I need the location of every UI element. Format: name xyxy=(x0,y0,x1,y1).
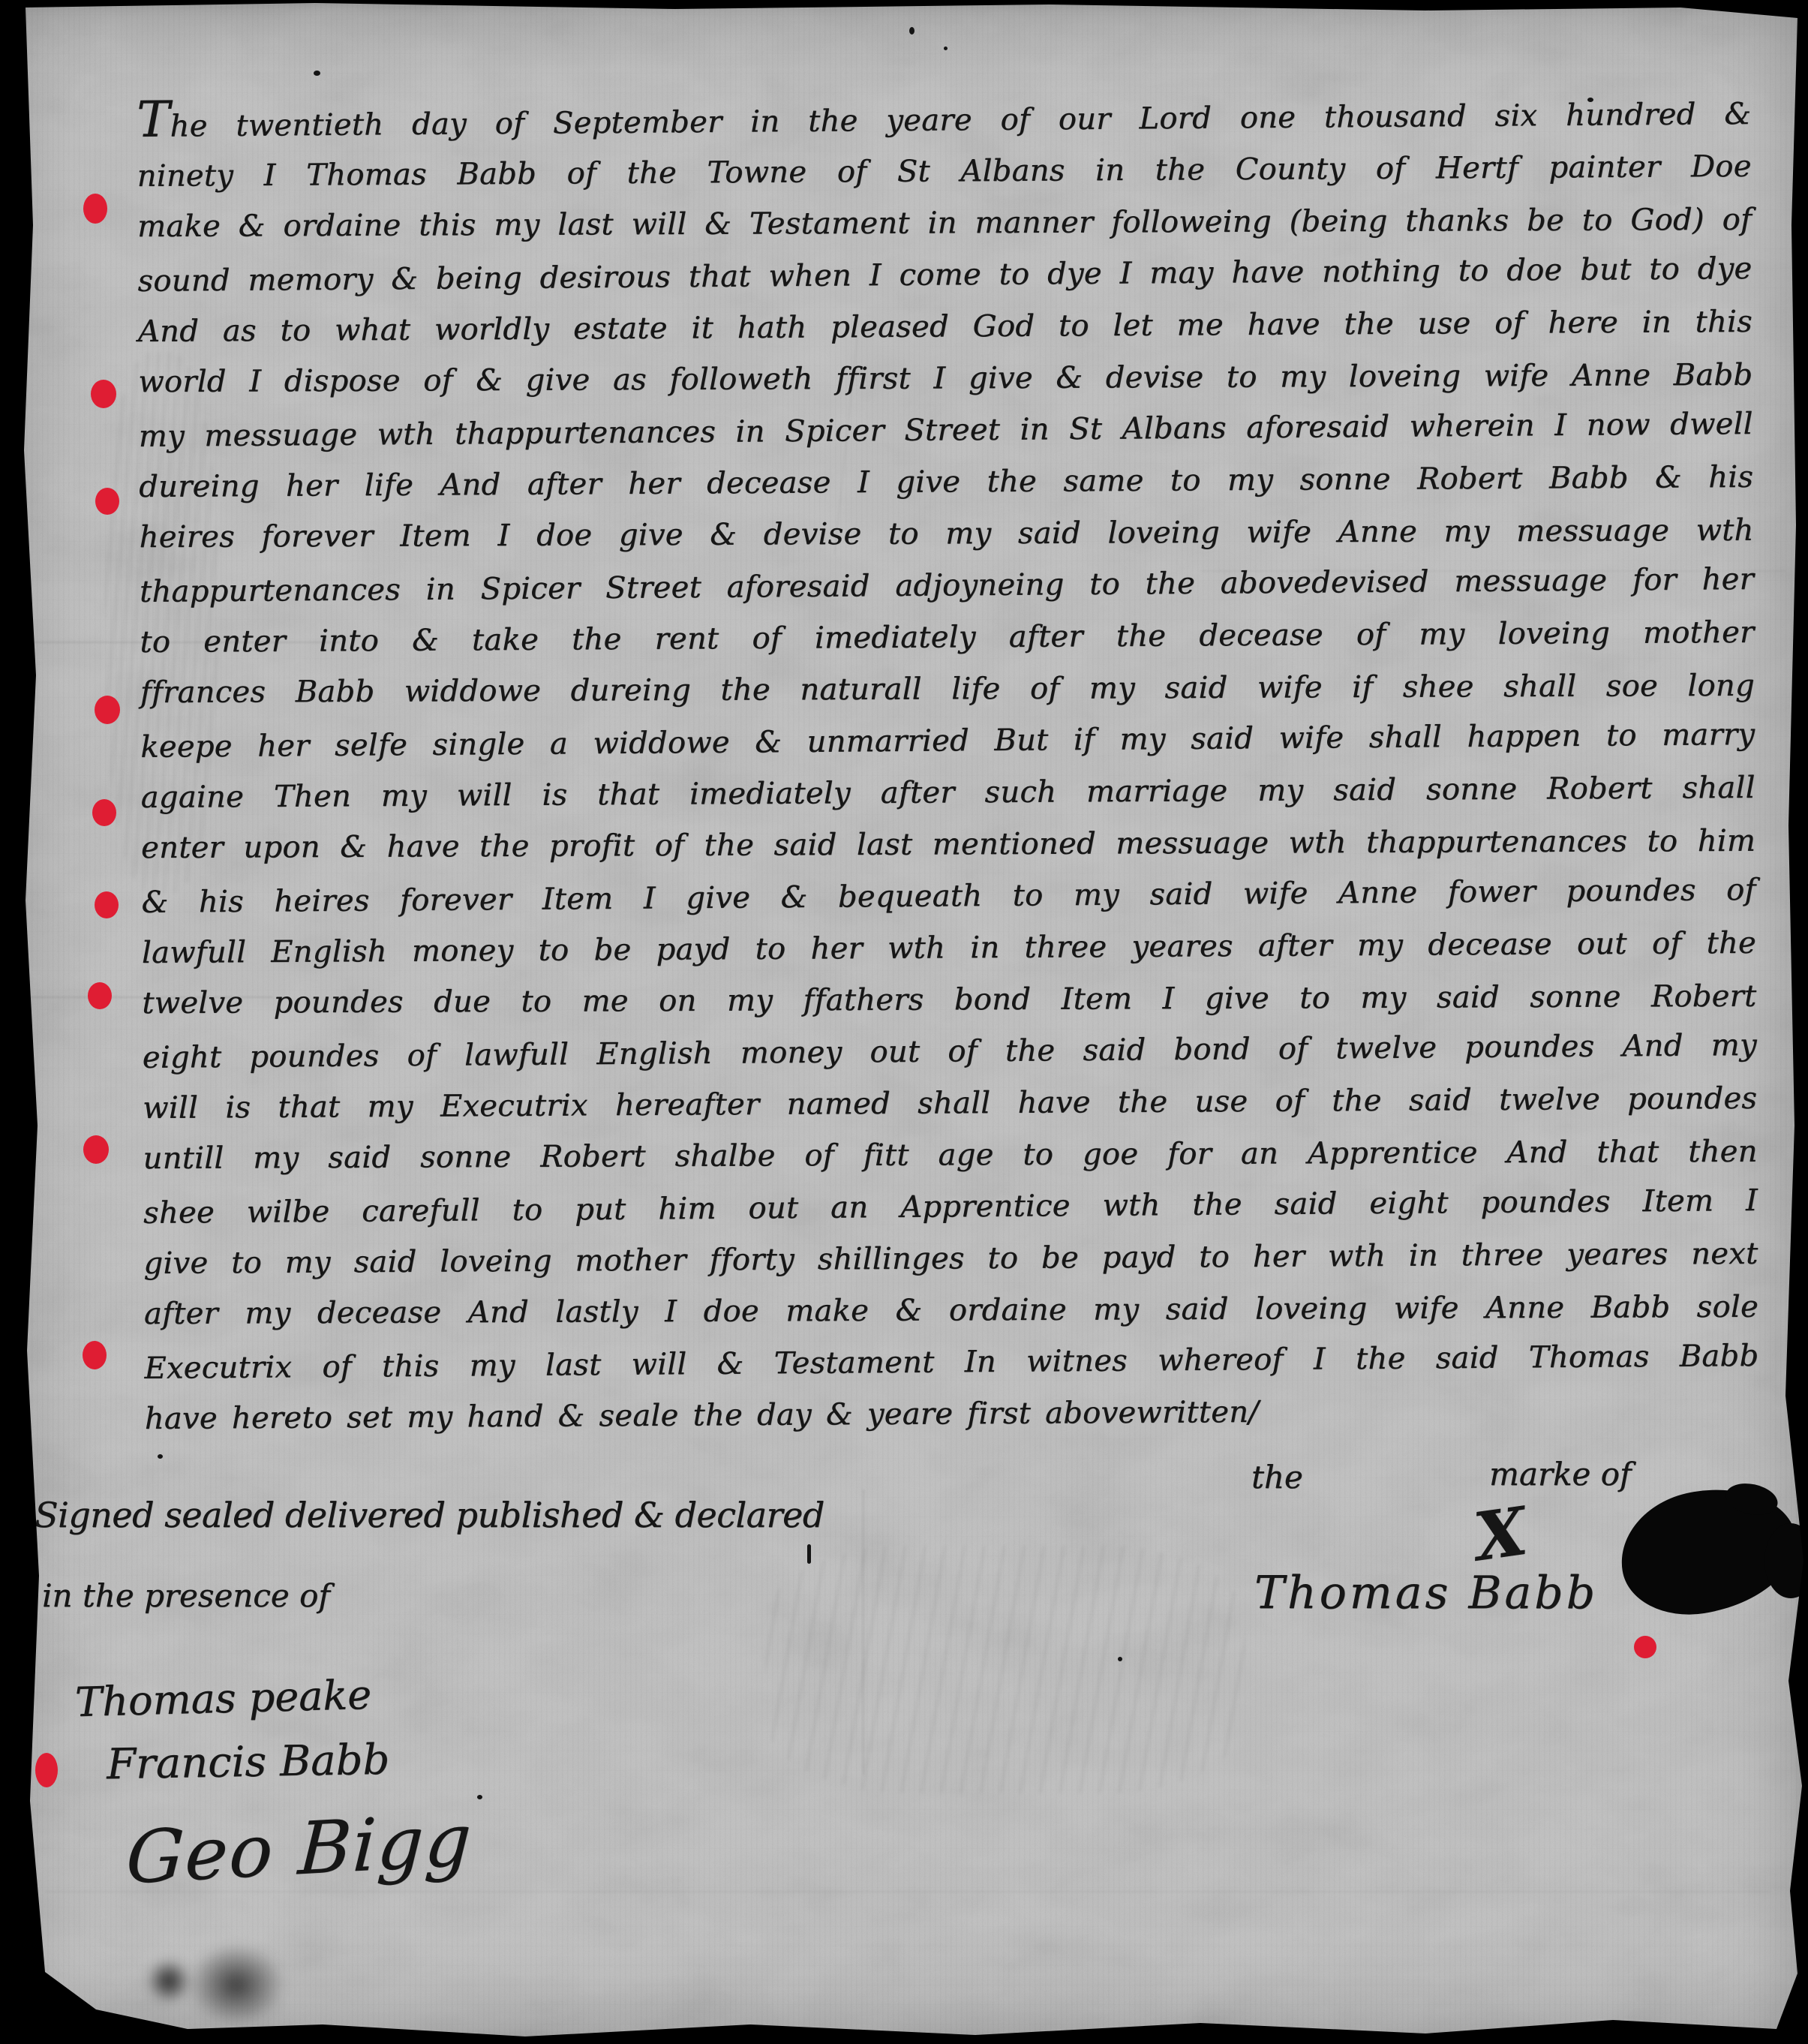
witness-signature-thomas-peake: Thomas peake xyxy=(74,1671,371,1726)
manuscript-line: world I dispose of & give as followeth f… xyxy=(138,350,1752,408)
manuscript-line: twelve poundes due to me on my ffathers … xyxy=(142,971,1756,1030)
red-dot-marker xyxy=(95,488,119,515)
manuscript-line: enter upon & have the profit of the said… xyxy=(141,816,1755,874)
red-dot-marker xyxy=(35,1753,58,1787)
mark-label-marke-of: marke of xyxy=(1489,1456,1631,1492)
red-dot-marker xyxy=(1634,1636,1656,1658)
manuscript-line: untill my said sonne Robert shalbe of fi… xyxy=(143,1126,1757,1185)
bottom-stain xyxy=(188,1943,285,2026)
ink-speck xyxy=(477,1795,482,1799)
red-dot-marker xyxy=(88,982,112,1009)
manuscript-line: after my decease And lastly I doe make &… xyxy=(144,1282,1758,1340)
witness-signature-francis-babb: Francis Babb xyxy=(106,1736,389,1790)
mark-label-the: the xyxy=(1251,1459,1303,1495)
red-dot-marker xyxy=(92,799,116,826)
attestation-line-1: Signed sealed delivered published & decl… xyxy=(35,1495,824,1535)
testator-name-thomas-babb: Thomas Babb xyxy=(1254,1567,1598,1619)
red-dot-marker xyxy=(91,380,116,408)
manuscript-line: ffrances Babb widdowe dureing the natura… xyxy=(140,660,1755,719)
attestation-line-2: in the presence of xyxy=(42,1577,330,1614)
bottom-stain xyxy=(146,1958,191,2003)
ink-speck xyxy=(909,27,915,35)
manuscript-paper: The twentieth day of September in the ye… xyxy=(0,0,1808,2044)
red-dot-marker xyxy=(95,891,119,918)
ink-speck xyxy=(807,1544,811,1564)
red-dot-marker xyxy=(83,194,107,224)
red-dot-marker xyxy=(95,696,120,724)
ink-speck xyxy=(1118,1657,1122,1661)
ink-speck xyxy=(158,1454,163,1459)
red-dot-marker xyxy=(83,1341,107,1369)
testator-mark-x: X xyxy=(1470,1492,1531,1576)
ink-bleed-ghost xyxy=(765,1546,1245,1793)
ink-speck xyxy=(944,47,948,50)
manuscript-lines: The twentieth day of September in the ye… xyxy=(137,89,1759,1445)
red-dot-marker xyxy=(83,1135,109,1164)
manuscript-line: heires forever Item I doe give & devise … xyxy=(139,505,1753,564)
ink-speck xyxy=(314,71,320,76)
fold-crease xyxy=(45,1891,1770,1892)
document-scan: The twentieth day of September in the ye… xyxy=(0,0,1808,2044)
manuscript-line: make & ordaine this my last will & Testa… xyxy=(137,194,1752,253)
